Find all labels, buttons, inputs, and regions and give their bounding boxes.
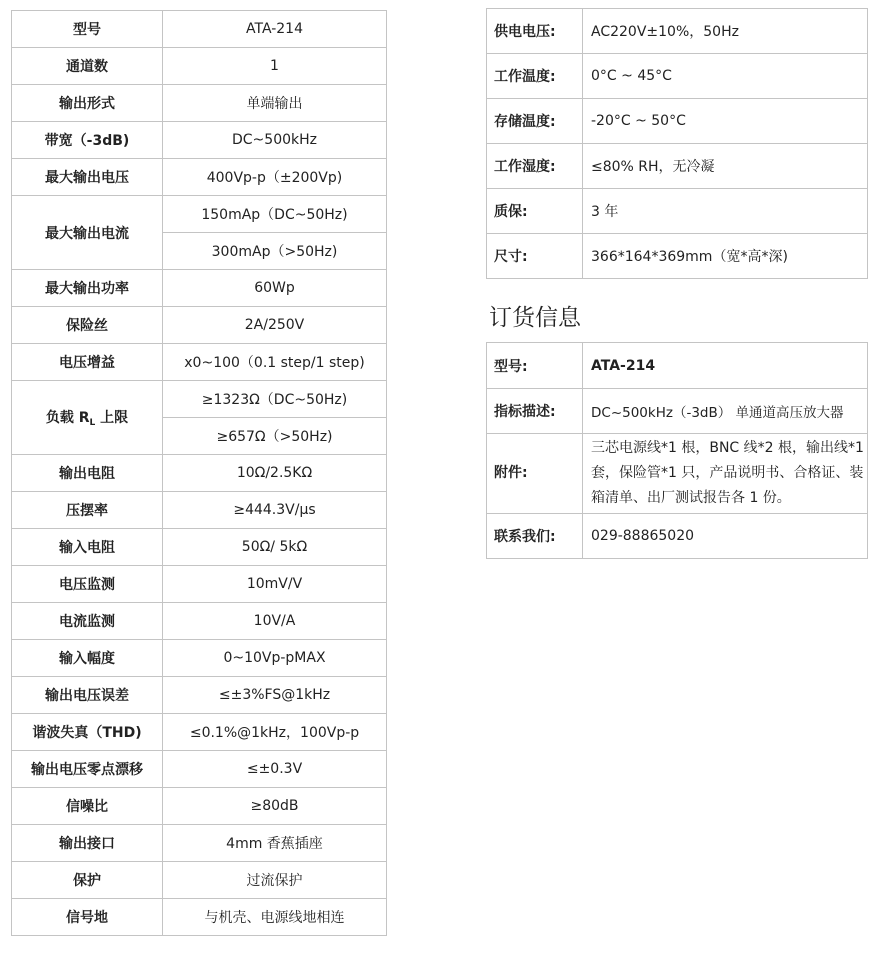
spec-label: 输入电阻 xyxy=(12,529,163,566)
spec-label: 电压增益 xyxy=(12,344,163,381)
spec-value: 10mV/V xyxy=(163,566,387,603)
spec-label: 最大输出电流 xyxy=(12,196,163,270)
table-row: 输入幅度0~10Vp-pMAX xyxy=(12,640,387,677)
env-value: ≤80% RH，无冷凝 xyxy=(583,144,868,189)
spec-value: 400Vp-p（±200Vp) xyxy=(163,159,387,196)
order-value: 三芯电源线*1 根，BNC 线*2 根，输出线*1 套，保险管*1 只，产品说明… xyxy=(583,434,868,514)
table-row: 型号:ATA-214 xyxy=(487,343,868,389)
spec-value: 过流保护 xyxy=(163,862,387,899)
table-row: 存储温度:-20°C ~ 50°C xyxy=(487,99,868,144)
env-label: 工作温度: xyxy=(487,54,583,99)
env-label: 尺寸: xyxy=(487,234,583,279)
order-label: 联系我们: xyxy=(487,514,583,559)
spec-label-suffix: 上限 xyxy=(95,410,128,426)
spec-value: ≥444.3V/μs xyxy=(163,492,387,529)
table-row: 最大输出功率60Wp xyxy=(12,270,387,307)
spec-value: 10V/A xyxy=(163,603,387,640)
table-row: 输出电压误差≤±3%FS@1kHz xyxy=(12,677,387,714)
spec-label: 压摆率 xyxy=(12,492,163,529)
table-row: 联系我们:029-88865020 xyxy=(487,514,868,559)
spec-label: 信号地 xyxy=(12,899,163,936)
spec-value: ≥80dB xyxy=(163,788,387,825)
table-row: 负载 RL 上限 ≥1323Ω（DC~50Hz) xyxy=(12,381,387,418)
table-row: 电流监测10V/A xyxy=(12,603,387,640)
spec-value: 300mAp（>50Hz) xyxy=(163,233,387,270)
spec-label: 最大输出电压 xyxy=(12,159,163,196)
environment-table: 供电电压:AC220V±10%，50Hz 工作温度:0°C ~ 45°C 存储温… xyxy=(486,8,868,279)
spec-label: 输出形式 xyxy=(12,85,163,122)
order-info-heading: 订货信息 xyxy=(489,299,581,332)
spec-value: ATA-214 xyxy=(163,11,387,48)
table-row: 电压监测10mV/V xyxy=(12,566,387,603)
spec-label: 输出电压误差 xyxy=(12,677,163,714)
spec-value: 0~10Vp-pMAX xyxy=(163,640,387,677)
table-row: 工作湿度:≤80% RH，无冷凝 xyxy=(487,144,868,189)
spec-label: 通道数 xyxy=(12,48,163,85)
spec-label: 保护 xyxy=(12,862,163,899)
order-label: 指标描述: xyxy=(487,389,583,434)
table-row: 输出电压零点漂移≤±0.3V xyxy=(12,751,387,788)
order-label: 附件: xyxy=(487,434,583,514)
spec-value: x0~100（0.1 step/1 step) xyxy=(163,344,387,381)
order-value: 029-88865020 xyxy=(583,514,868,559)
order-value: DC~500kHz（-3dB） 单通道高压放大器 xyxy=(583,389,868,434)
table-row: 质保:3 年 xyxy=(487,189,868,234)
spec-label: 电流监测 xyxy=(12,603,163,640)
env-label: 工作湿度: xyxy=(487,144,583,189)
spec-table: 型号ATA-214 通道数1 输出形式单端输出 带宽（-3dB)DC~500kH… xyxy=(11,10,387,936)
order-label: 型号: xyxy=(487,343,583,389)
table-row: 附件:三芯电源线*1 根，BNC 线*2 根，输出线*1 套，保险管*1 只，产… xyxy=(487,434,868,514)
spec-label: 最大输出功率 xyxy=(12,270,163,307)
spec-value: ≤±3%FS@1kHz xyxy=(163,677,387,714)
table-row: 保险丝2A/250V xyxy=(12,307,387,344)
spec-label: 带宽（-3dB) xyxy=(12,122,163,159)
env-label: 供电电压: xyxy=(487,9,583,54)
env-value: 0°C ~ 45°C xyxy=(583,54,868,99)
table-row: 输出接口4mm 香蕉插座 xyxy=(12,825,387,862)
table-row: 电压增益x0~100（0.1 step/1 step) xyxy=(12,344,387,381)
table-row: 信噪比≥80dB xyxy=(12,788,387,825)
table-row: 供电电压:AC220V±10%，50Hz xyxy=(487,9,868,54)
spec-label: 保险丝 xyxy=(12,307,163,344)
spec-value: ≤±0.3V xyxy=(163,751,387,788)
table-row: 指标描述:DC~500kHz（-3dB） 单通道高压放大器 xyxy=(487,389,868,434)
order-value: ATA-214 xyxy=(583,343,868,389)
table-row: 信号地与机壳、电源线地相连 xyxy=(12,899,387,936)
table-row: 最大输出电压400Vp-p（±200Vp) xyxy=(12,159,387,196)
table-row: 输出电阻10Ω/2.5KΩ xyxy=(12,455,387,492)
spec-label: 型号 xyxy=(12,11,163,48)
spec-label: 输出电压零点漂移 xyxy=(12,751,163,788)
table-row: 保护过流保护 xyxy=(12,862,387,899)
env-value: 366*164*369mm（宽*高*深) xyxy=(583,234,868,279)
spec-value: 4mm 香蕉插座 xyxy=(163,825,387,862)
spec-value: ≥657Ω（>50Hz) xyxy=(163,418,387,455)
env-value: -20°C ~ 50°C xyxy=(583,99,868,144)
table-row: 通道数1 xyxy=(12,48,387,85)
spec-label-prefix: 负载 R xyxy=(46,410,90,426)
env-label: 存储温度: xyxy=(487,99,583,144)
order-table: 型号:ATA-214 指标描述:DC~500kHz（-3dB） 单通道高压放大器… xyxy=(486,342,868,559)
table-row: 输出形式单端输出 xyxy=(12,85,387,122)
spec-value: 50Ω/ 5kΩ xyxy=(163,529,387,566)
table-row: 工作温度:0°C ~ 45°C xyxy=(487,54,868,99)
spec-label: 信噪比 xyxy=(12,788,163,825)
spec-label: 输入幅度 xyxy=(12,640,163,677)
table-row: 谐波失真（THD)≤0.1%@1kHz，100Vp-p xyxy=(12,714,387,751)
table-row: 型号ATA-214 xyxy=(12,11,387,48)
table-row: 压摆率≥444.3V/μs xyxy=(12,492,387,529)
spec-value: 10Ω/2.5KΩ xyxy=(163,455,387,492)
spec-label: 电压监测 xyxy=(12,566,163,603)
spec-value: 150mAp（DC~50Hz) xyxy=(163,196,387,233)
spec-value: 60Wp xyxy=(163,270,387,307)
spec-value: 单端输出 xyxy=(163,85,387,122)
table-row: 输入电阻50Ω/ 5kΩ xyxy=(12,529,387,566)
env-label: 质保: xyxy=(487,189,583,234)
spec-value: 1 xyxy=(163,48,387,85)
spec-value: 与机壳、电源线地相连 xyxy=(163,899,387,936)
spec-label: 负载 RL 上限 xyxy=(12,381,163,455)
spec-label: 输出电阻 xyxy=(12,455,163,492)
table-row: 最大输出电流150mAp（DC~50Hz) xyxy=(12,196,387,233)
table-row: 尺寸:366*164*369mm（宽*高*深) xyxy=(487,234,868,279)
env-value: 3 年 xyxy=(583,189,868,234)
spec-value: ≤0.1%@1kHz，100Vp-p xyxy=(163,714,387,751)
spec-value: ≥1323Ω（DC~50Hz) xyxy=(163,381,387,418)
spec-value: 2A/250V xyxy=(163,307,387,344)
spec-label: 输出接口 xyxy=(12,825,163,862)
table-row: 带宽（-3dB)DC~500kHz xyxy=(12,122,387,159)
spec-label: 谐波失真（THD) xyxy=(12,714,163,751)
env-value: AC220V±10%，50Hz xyxy=(583,9,868,54)
spec-value: DC~500kHz xyxy=(163,122,387,159)
